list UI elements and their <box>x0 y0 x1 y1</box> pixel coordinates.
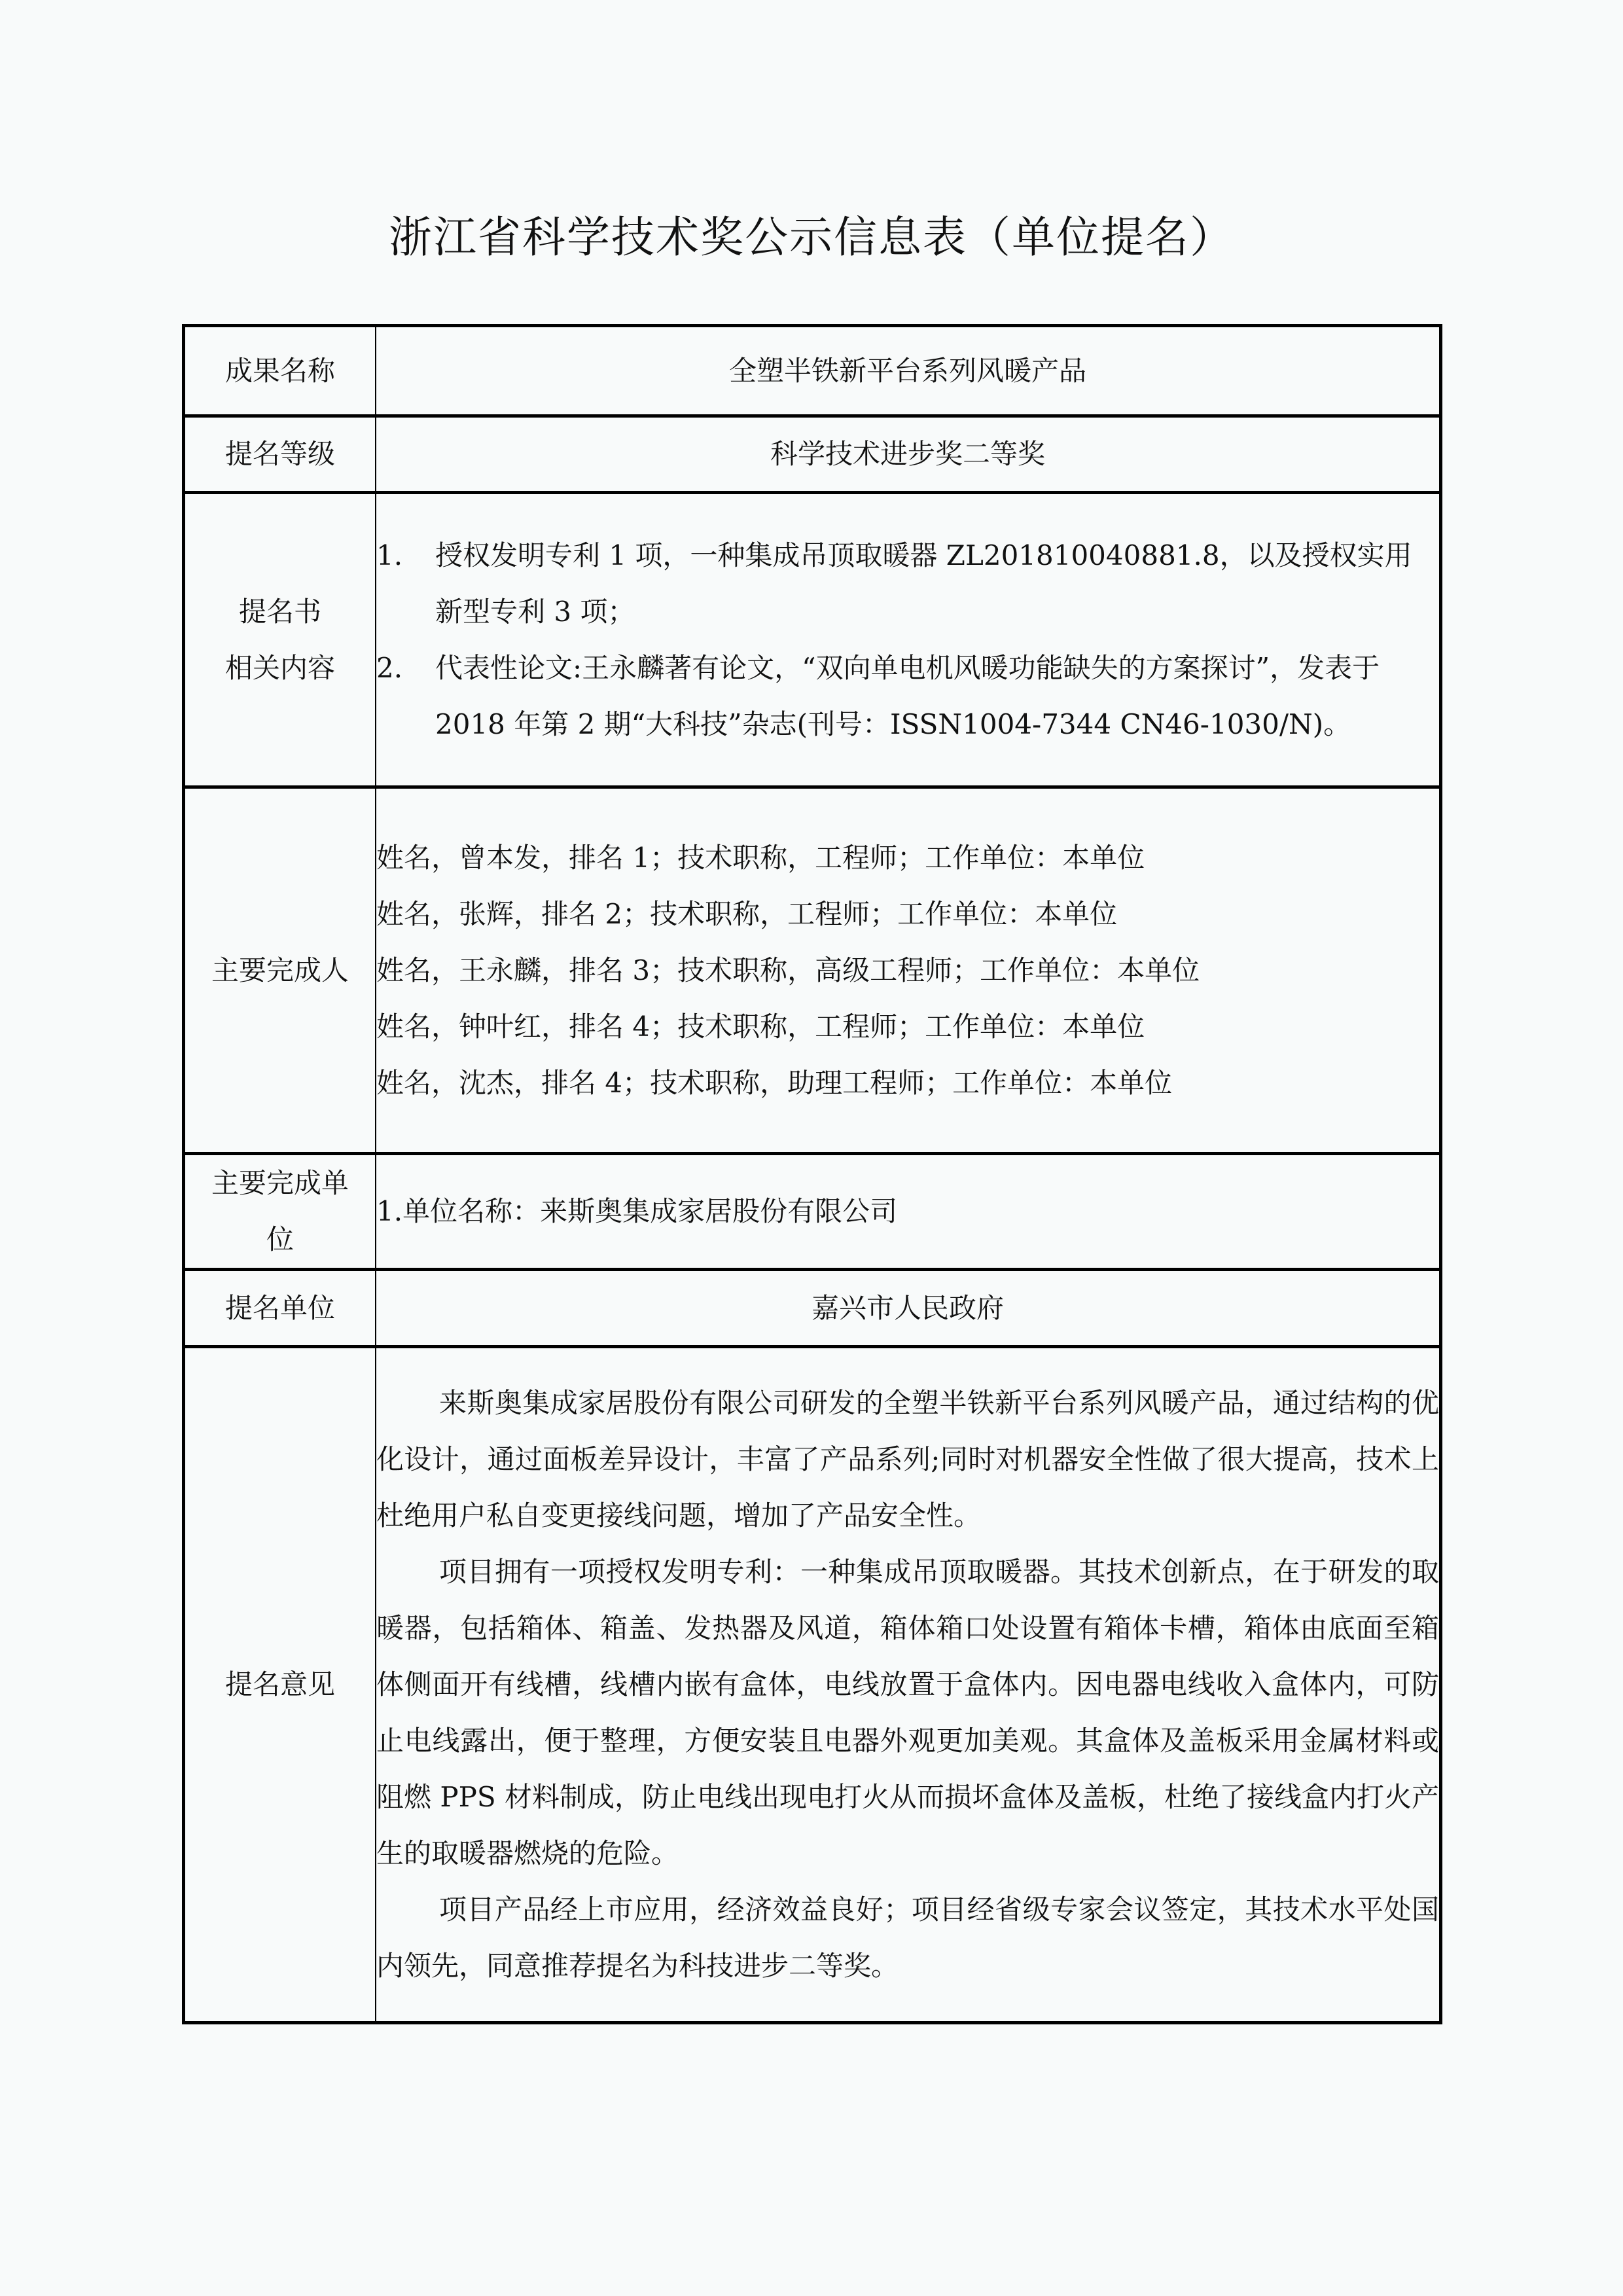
value-nomination-content: 1. 授权发明专利 1 项，一种集成吊顶取暖器 ZL201810040881.8… <box>376 493 1441 787</box>
label-line: 位 <box>185 1211 375 1268</box>
contributor-entry: 姓名，沈杰，排名 4；技术职称，助理工程师；工作单位：本单位 <box>376 1055 1439 1111</box>
page-title: 浙江省科学技术奖公示信息表（单位提名） <box>0 208 1623 267</box>
label-nominating-unit: 提名单位 <box>184 1270 376 1347</box>
contributor-entry: 姓名，张辉，排名 2；技术职称，工程师；工作单位：本单位 <box>376 886 1439 942</box>
label-nomination-level: 提名等级 <box>184 416 376 493</box>
label-nomination-opinion: 提名意见 <box>184 1347 376 2023</box>
label-line: 相关内容 <box>185 640 375 696</box>
item-text: 代表性论文:王永麟著有论文，“双向单电机风暖功能缺失的方案探讨”，发表于 201… <box>435 640 1439 753</box>
value-nomination-level: 科学技术进步奖二等奖 <box>376 416 1441 493</box>
content-item: 1. 授权发明专利 1 项，一种集成吊顶取暖器 ZL201810040881.8… <box>376 528 1439 640</box>
label-line: 主要完成单 <box>185 1155 375 1211</box>
row-main-units: 主要完成单 位 1.单位名称：来斯奥集成家居股份有限公司 <box>184 1154 1441 1270</box>
row-nomination-content: 提名书 相关内容 1. 授权发明专利 1 项，一种集成吊顶取暖器 ZL20181… <box>184 493 1441 787</box>
value-main-contributors: 姓名，曾本发，排名 1；技术职称，工程师；工作单位：本单位 姓名，张辉，排名 2… <box>376 787 1441 1154</box>
row-nomination-level: 提名等级 科学技术进步奖二等奖 <box>184 416 1441 493</box>
value-achievement-name: 全塑半铁新平台系列风暖产品 <box>376 326 1441 416</box>
info-table: 成果名称 全塑半铁新平台系列风暖产品 提名等级 科学技术进步奖二等奖 提名书 相… <box>182 324 1442 2024</box>
label-main-units: 主要完成单 位 <box>184 1154 376 1270</box>
row-nominating-unit: 提名单位 嘉兴市人民政府 <box>184 1270 1441 1347</box>
row-main-contributors: 主要完成人 姓名，曾本发，排名 1；技术职称，工程师；工作单位：本单位 姓名，张… <box>184 787 1441 1154</box>
label-achievement-name: 成果名称 <box>184 326 376 416</box>
opinion-paragraph: 项目拥有一项授权发明专利：一种集成吊顶取暖器。其技术创新点，在于研发的取暖器，包… <box>376 1544 1439 1882</box>
item-text: 授权发明专利 1 项，一种集成吊顶取暖器 ZL201810040881.8，以及… <box>435 528 1439 640</box>
row-nomination-opinion: 提名意见 来斯奥集成家居股份有限公司研发的全塑半铁新平台系列风暖产品，通过结构的… <box>184 1347 1441 2023</box>
value-nomination-opinion: 来斯奥集成家居股份有限公司研发的全塑半铁新平台系列风暖产品，通过结构的优化设计，… <box>376 1347 1441 2023</box>
label-line: 提名书 <box>185 584 375 640</box>
label-main-contributors: 主要完成人 <box>184 787 376 1154</box>
contributor-entry: 姓名，王永麟，排名 3；技术职称，高级工程师；工作单位：本单位 <box>376 942 1439 999</box>
row-achievement-name: 成果名称 全塑半铁新平台系列风暖产品 <box>184 326 1441 416</box>
item-number: 1. <box>376 528 435 640</box>
contributor-entry: 姓名，钟叶红，排名 4；技术职称，工程师；工作单位：本单位 <box>376 999 1439 1055</box>
item-number: 2. <box>376 640 435 753</box>
opinion-paragraph: 项目产品经上市应用，经济效益良好；项目经省级专家会议签定，其技术水平处国内领先，… <box>376 1882 1439 1994</box>
label-nomination-content: 提名书 相关内容 <box>184 493 376 787</box>
content-item: 2. 代表性论文:王永麟著有论文，“双向单电机风暖功能缺失的方案探讨”，发表于 … <box>376 640 1439 753</box>
value-main-units: 1.单位名称：来斯奥集成家居股份有限公司 <box>376 1154 1441 1270</box>
contributor-entry: 姓名，曾本发，排名 1；技术职称，工程师；工作单位：本单位 <box>376 830 1439 886</box>
value-nominating-unit: 嘉兴市人民政府 <box>376 1270 1441 1347</box>
opinion-paragraph: 来斯奥集成家居股份有限公司研发的全塑半铁新平台系列风暖产品，通过结构的优化设计，… <box>376 1375 1439 1544</box>
